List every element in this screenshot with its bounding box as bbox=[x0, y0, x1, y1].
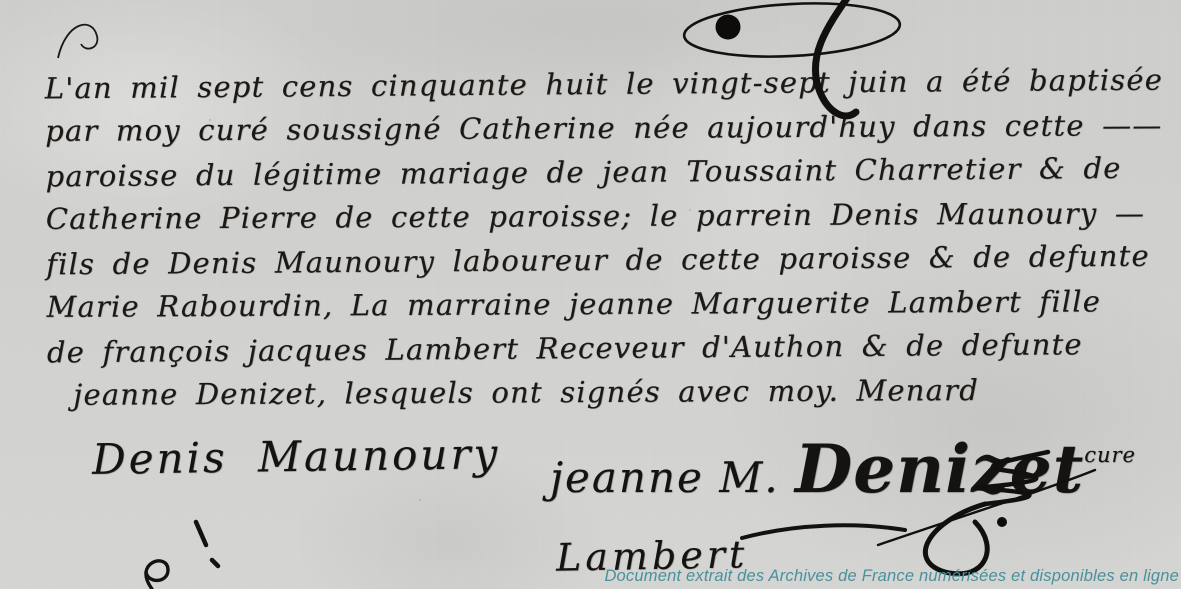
manuscript-line-3: paroisse du légitime mariage de jean Tou… bbox=[45, 146, 1155, 199]
ink-flourish-top-loop bbox=[683, 0, 901, 62]
ink-mark-bottom-left-spiral bbox=[146, 561, 168, 589]
manuscript-line-5: fils de Denis Maunoury laboureur de cett… bbox=[46, 234, 1156, 287]
manuscript-text: L'an mil sept cens cinquante huit le vin… bbox=[45, 58, 1158, 419]
ink-marks-bottom-left-dashes bbox=[196, 522, 218, 566]
manuscript-line-6: Marie Rabourdin, La marraine jeanne Marg… bbox=[46, 279, 1156, 329]
archive-watermark: Document extrait des Archives de France … bbox=[604, 567, 1179, 586]
document-scan: L'an mil sept cens cinquante huit le vin… bbox=[0, 0, 1181, 589]
signature-denis-maunoury: Denis Maunoury bbox=[92, 429, 501, 484]
manuscript-line-4: Catherine Pierre de cette paroisse; le p… bbox=[46, 191, 1156, 241]
signature-flourish-denizet-loop bbox=[925, 504, 987, 574]
ink-blot-denizet bbox=[997, 517, 1007, 527]
signature-jeanne-prefix: jeanne bbox=[550, 453, 704, 502]
manuscript-line-8: jeanne Denizet, lesquels ont signés avec… bbox=[47, 367, 1157, 417]
signature-jeanne-initial: M. bbox=[719, 453, 779, 502]
manuscript-line-7: de françois jacques Lambert Receveur d'A… bbox=[47, 322, 1157, 375]
signature-jeanne-denizet: jeanne M. Denizetcure bbox=[550, 430, 1136, 508]
ink-mark-top-left bbox=[58, 25, 97, 58]
manuscript-line-1: L'an mil sept cens cinquante huit le vin… bbox=[45, 58, 1155, 111]
ink-dot bbox=[716, 15, 741, 40]
signature-denizet-surname: Denizet bbox=[795, 430, 1084, 508]
signature-title-cure: cure bbox=[1084, 443, 1136, 467]
ink-stroke-lambert-dash bbox=[742, 525, 905, 538]
manuscript-line-2: par moy curé soussigné Catherine née auj… bbox=[45, 103, 1155, 153]
